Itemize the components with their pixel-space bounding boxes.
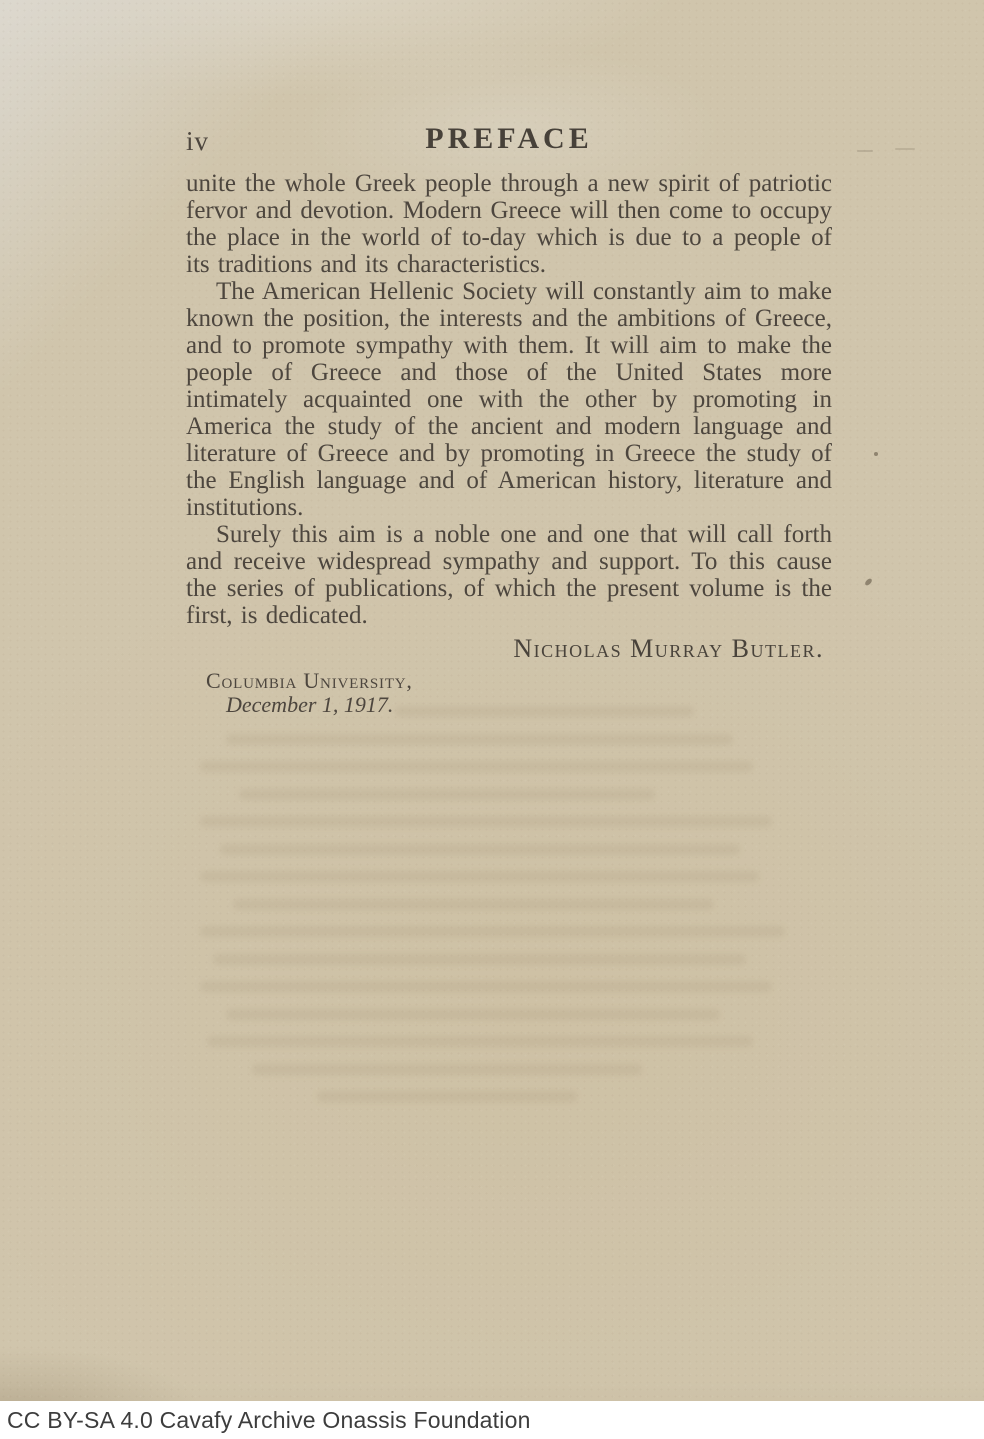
preface-body: unite the whole Greek people through a n…	[186, 170, 832, 629]
pencil-mark	[857, 150, 873, 152]
bleed-line	[200, 816, 772, 827]
bleed-line	[200, 761, 753, 772]
license-text: CC BY-SA 4.0 Cavafy Archive Onassis Foun…	[0, 1407, 531, 1434]
bleed-line	[317, 1091, 577, 1102]
scanned-book-page: iv PREFACE unite the whole Greek people …	[0, 0, 984, 1439]
bleed-line	[226, 1009, 720, 1020]
bleed-line	[252, 1064, 642, 1075]
author-signature: Nicholas Murray Butler.	[186, 634, 832, 664]
paper-speck	[874, 452, 878, 456]
bleed-line	[213, 954, 746, 965]
paper-speck	[864, 577, 873, 586]
bleed-line	[200, 981, 772, 992]
bleed-line	[239, 789, 655, 800]
paragraph-1: unite the whole Greek people through a n…	[186, 170, 832, 278]
bleed-line	[233, 899, 714, 910]
bleed-line	[220, 844, 740, 855]
bleed-line	[200, 926, 785, 937]
bleed-line	[200, 871, 759, 882]
bleed-line	[207, 1036, 753, 1047]
pencil-mark	[895, 148, 915, 150]
reverse-page-bleed-through	[200, 706, 850, 1119]
bleed-line	[395, 706, 694, 717]
license-footer-bar: CC BY-SA 4.0 Cavafy Archive Onassis Foun…	[0, 1401, 984, 1439]
paragraph-3: Surely this aim is a noble one and one t…	[186, 521, 832, 629]
page-title: PREFACE	[186, 122, 832, 156]
byline-organization: Columbia University,	[206, 668, 413, 694]
bleed-line	[226, 734, 733, 745]
paragraph-2: The American Hellenic Society will const…	[186, 278, 832, 521]
